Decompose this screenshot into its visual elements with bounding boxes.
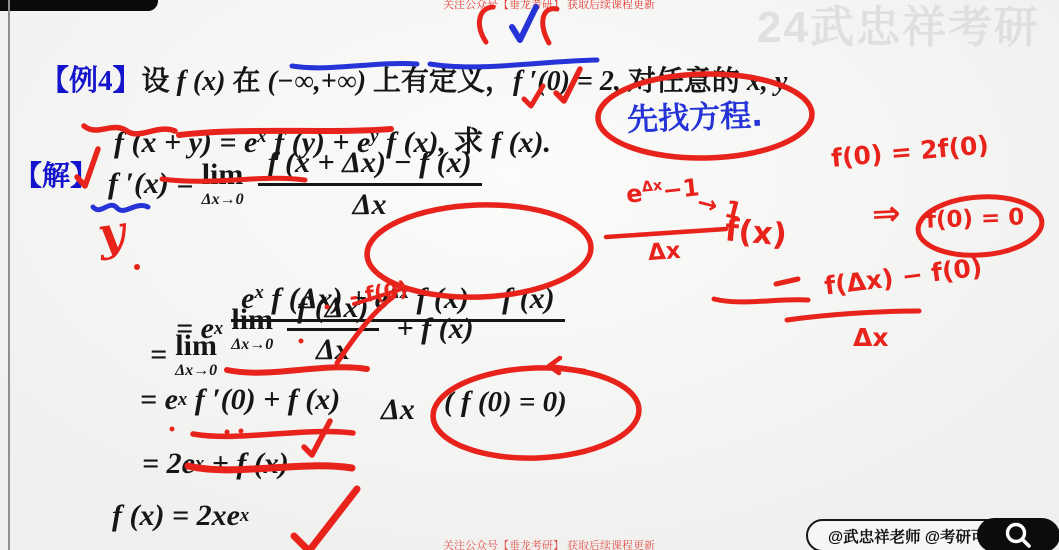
math-segment: + f (x) <box>204 447 289 481</box>
handwritten-exp-denominator: Δx <box>647 238 681 266</box>
magnifier-handle <box>1023 540 1030 547</box>
math-lhs: f ′(x) = <box>108 167 194 201</box>
solution-tag: 【解】 <box>14 154 98 194</box>
red-fraction-bar-exp <box>606 229 726 237</box>
lim-word: lim <box>231 305 273 335</box>
limit-operator: limΔx→0 <box>231 305 273 353</box>
solution-line-1: 【解】 f ′(x) = limΔx→0 f (x + Δx) − f (x)Δ… <box>14 146 488 222</box>
limit-operator: limΔx→0 <box>202 160 244 208</box>
handwritten-implies-arrow: ⇒ <box>871 193 902 234</box>
lim-subscript: Δx→0 <box>202 192 244 208</box>
superscript: x <box>257 126 266 147</box>
search-logo-button <box>977 518 1059 550</box>
solution-line-3: = ex limΔx→0 f (Δx)Δx + f (x) <box>176 291 474 367</box>
solution-line-5: = 2ex + f (x) <box>142 447 289 481</box>
red-check-final <box>294 489 357 550</box>
solution-line-6: f (x) = 2xex <box>112 499 249 533</box>
superscript: x <box>195 453 204 475</box>
watermark-text: 24武忠祥考研 <box>757 0 1040 55</box>
handwritten-fx: f(x) <box>724 212 789 253</box>
superscript: y <box>370 126 378 147</box>
math-segment: f (x). <box>491 126 551 159</box>
hand-superscript: Δx <box>641 178 663 196</box>
bottom-channel-notice: 关注公众号【垂龙考研】 获取后续课程更新 <box>443 537 655 550</box>
superscript: x <box>178 389 187 411</box>
handwritten-diff-numerator: f(Δx) − f(0) <box>823 252 984 300</box>
equals: = <box>150 338 167 372</box>
lim-subscript: Δx→0 <box>231 337 273 353</box>
red-dash <box>776 279 798 284</box>
top-left-black-bar <box>0 0 158 11</box>
handwritten-f0-identity: f(0) = 2f(0) <box>830 130 990 173</box>
lim-word: lim <box>202 160 244 190</box>
magnifier-icon <box>977 518 1059 550</box>
red-fraction-bar-diff <box>787 311 919 320</box>
superscript: x <box>240 505 249 527</box>
superscript: x <box>214 318 223 340</box>
math-segment: f (x) = 2xe <box>112 499 240 533</box>
red-underline-fx <box>714 299 808 302</box>
lecture-slide: 24武忠祥考研 关注公众号【垂龙考研】 获取后续课程更新 【例4】设 f (x)… <box>0 0 1059 550</box>
math-segment: f ′(0) + f (x) <box>187 383 340 417</box>
hand-rest: −1 <box>661 173 701 205</box>
math-segment: ( f (0) = 0) <box>444 386 567 419</box>
handwritten-diff-denominator: Δx <box>853 323 888 352</box>
red-dot <box>134 264 140 270</box>
fraction-numerator: f (x + Δx) − f (x) <box>258 146 482 186</box>
solution-line-4: = ex f ′(0) + f (x) <box>140 383 340 417</box>
handwritten-exp-numerator: eΔx−1 <box>625 173 701 209</box>
math-segment: = e <box>176 312 214 346</box>
math-segment: = e <box>140 383 178 417</box>
handwritten-f0-zero: f(0) = 0 <box>926 204 1025 233</box>
fraction-denominator: Δx <box>287 331 378 368</box>
author-badge: @武忠祥老师 @考研可爱因子 <box>806 519 1059 550</box>
math-segment: = 2e <box>142 447 195 481</box>
math-segment: + f (x) <box>397 312 474 346</box>
handwritten-circled-note: 先找方程. <box>626 90 763 140</box>
top-channel-notice: 关注公众号【垂龙考研】 获取后续课程更新 <box>443 0 655 12</box>
left-border-line <box>8 0 10 550</box>
solution-side-note: ( f (0) = 0) <box>444 386 567 419</box>
fraction: f (x + Δx) − f (x)Δx <box>258 146 482 222</box>
